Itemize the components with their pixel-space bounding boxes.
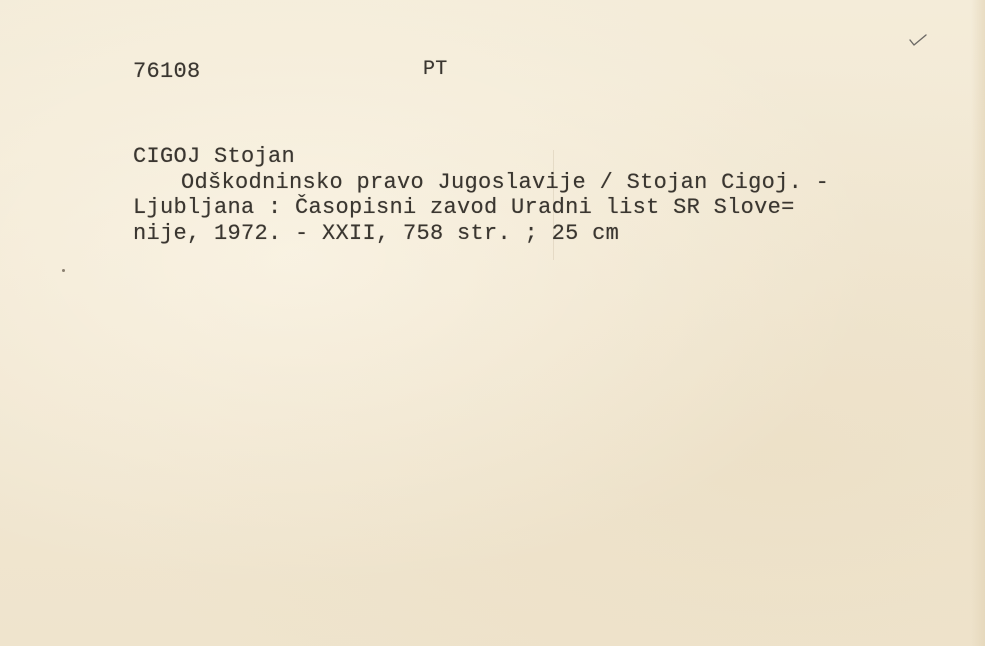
card-edge-shadow bbox=[971, 0, 985, 646]
catalog-card: 76108 PT CIGOJ Stojan Odškodninsko pravo… bbox=[0, 0, 985, 646]
call-number: 76108 bbox=[133, 58, 201, 86]
paper-speck bbox=[62, 269, 65, 272]
physical-description: nije, 1972. - XXII, 758 str. ; 25 cm bbox=[133, 220, 619, 248]
checkmark-icon bbox=[907, 32, 929, 48]
publication-line: Ljubljana : Časopisni zavod Uradni list … bbox=[133, 194, 795, 222]
author-heading: CIGOJ Stojan bbox=[133, 143, 295, 171]
location-code: PT bbox=[423, 56, 448, 84]
title-statement: Odškodninsko pravo Jugoslavije / Stojan … bbox=[181, 169, 829, 197]
